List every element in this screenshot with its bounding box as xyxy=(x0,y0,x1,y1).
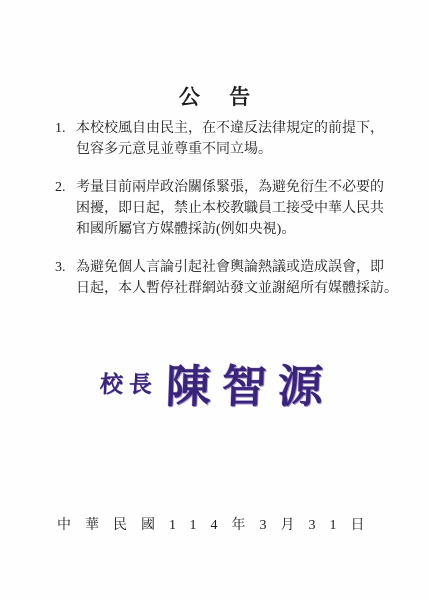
item-text-line: 為避免個人言論引起社會輿論熱議或造成誤會，即 xyxy=(76,257,398,278)
notice-body: 1. 本校校風自由民主，在不違反法律規定的前提下， 包容多元意見並尊重不同立場。… xyxy=(55,118,399,299)
notice-item-1: 1. 本校校風自由民主，在不違反法律規定的前提下， 包容多元意見並尊重不同立場。 xyxy=(55,118,399,160)
item-text: 本校校風自由民主，在不違反法律規定的前提下， 包容多元意見並尊重不同立場。 xyxy=(76,118,384,160)
signature-role-label: 校長 xyxy=(99,366,159,399)
notice-title: 公 告 xyxy=(0,0,429,110)
date-line: 中華民國114年3月31日 xyxy=(57,514,378,534)
item-text-line: 包容多元意見並尊重不同立場。 xyxy=(76,139,384,160)
signature-block: 校長 陳智源 xyxy=(100,353,429,411)
signature-name: 陳智源 xyxy=(165,350,335,415)
notice-item-3: 3. 為避免個人言論引起社會輿論熱議或造成誤會，即 日起，本人暫停社群網站發文並… xyxy=(55,257,399,299)
item-number: 1. xyxy=(55,118,76,160)
item-text-line: 考量目前兩岸政治關係緊張，為避免衍生不必要的 xyxy=(76,177,384,198)
item-text: 為避免個人言論引起社會輿論熱議或造成誤會，即 日起，本人暫停社群網站發文並謝絕所… xyxy=(76,257,398,299)
notice-title-text: 公 告 xyxy=(179,85,262,109)
item-number: 3. xyxy=(55,257,76,299)
item-text-line: 本校校風自由民主，在不違反法律規定的前提下， xyxy=(76,118,384,139)
notice-document: 公 告 1. 本校校風自由民主，在不違反法律規定的前提下， 包容多元意見並尊重不… xyxy=(0,0,429,600)
item-text-line: 困擾，即日起，禁止本校教職員工接受中華人民共 xyxy=(76,198,384,219)
item-number: 2. xyxy=(55,177,76,240)
item-text-line: 和國所屬官方媒體採訪(例如央視)。 xyxy=(76,219,384,240)
item-text-line: 日起，本人暫停社群網站發文並謝絕所有媒體採訪。 xyxy=(76,278,398,299)
notice-item-2: 2. 考量目前兩岸政治關係緊張，為避免衍生不必要的 困擾，即日起，禁止本校教職員… xyxy=(55,177,399,240)
item-text: 考量目前兩岸政治關係緊張，為避免衍生不必要的 困擾，即日起，禁止本校教職員工接受… xyxy=(76,177,384,240)
